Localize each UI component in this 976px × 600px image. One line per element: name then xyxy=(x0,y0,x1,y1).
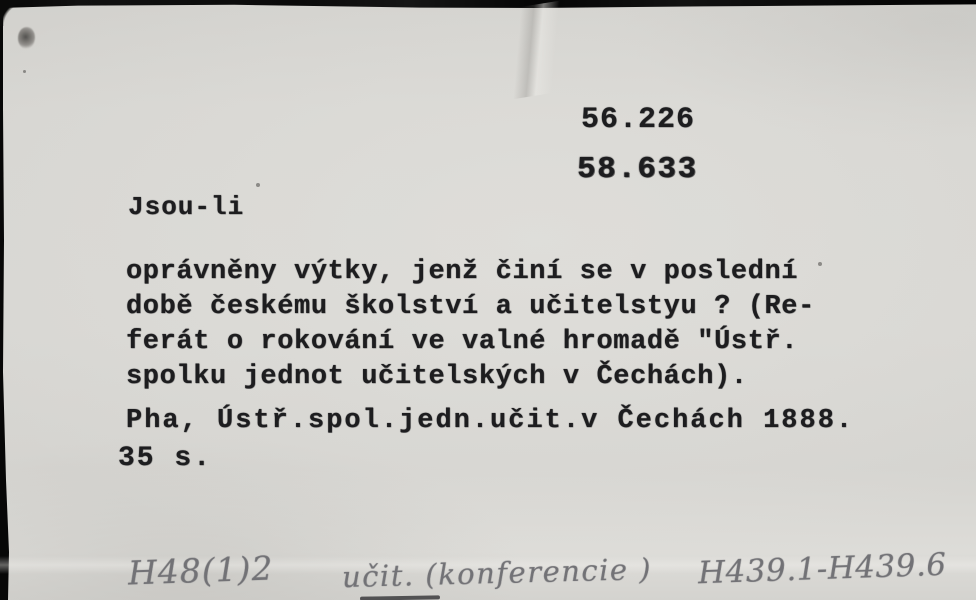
body-line: době českému školství a učitelstyu ? (Re… xyxy=(126,292,815,322)
card-corner xyxy=(0,0,26,26)
scan-top-edge xyxy=(0,0,976,8)
scan-left-edge xyxy=(0,0,12,600)
paper-crease xyxy=(375,0,685,119)
annotation-shelfmark-range: H439.1-H439.6 xyxy=(697,547,947,592)
ink-stain xyxy=(18,27,35,49)
imprint-line: Pha, Ústř.spol.jedn.učit.v Čechách 1888. xyxy=(126,406,854,436)
body-line: spolku jednot učitelských v Čechách). xyxy=(126,362,748,392)
body-line: oprávněny výtky, jenž činí se v poslední xyxy=(126,257,798,287)
body-line: ferát o rokování ve valné hromadě "Ústř. xyxy=(126,327,798,357)
card-heading: Jsou-li xyxy=(128,192,244,222)
call-number-primary: 56.226 xyxy=(581,103,695,137)
paper-speck xyxy=(256,183,260,187)
annotation-shelfmark: H48(1)2 xyxy=(127,548,274,592)
annotation-underline xyxy=(360,595,440,600)
call-number-secondary: 58.633 xyxy=(577,152,698,187)
paper-speck xyxy=(23,70,26,73)
annotation-subject: učit. (konferencie ) xyxy=(342,552,653,594)
pagination-line: 35 s. xyxy=(118,443,212,474)
catalog-card: 56.226 58.633 Jsou-li oprávněny výtky, j… xyxy=(0,0,976,600)
paper-speck xyxy=(818,262,822,266)
